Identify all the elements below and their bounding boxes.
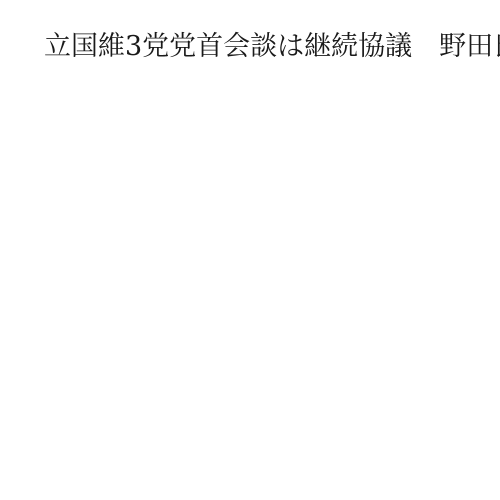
article-headline: 立国維3党党首会談は継続協議 野田氏	[44, 33, 500, 60]
article-page: 立国維3党党首会談は継続協議 野田氏	[0, 0, 500, 500]
